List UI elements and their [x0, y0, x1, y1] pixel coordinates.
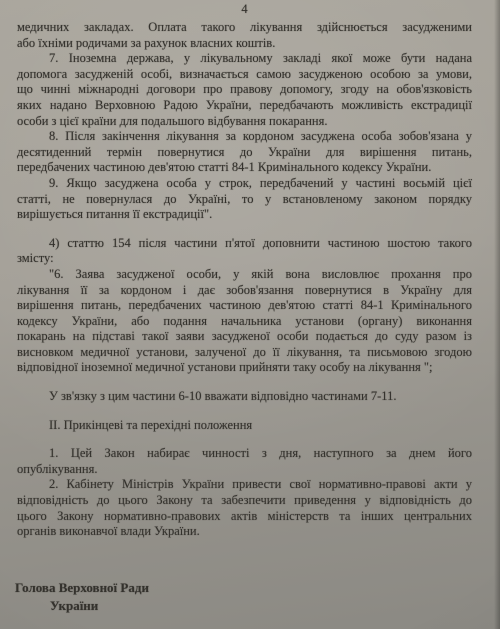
paragraph: медичних закладах. Оплата такого лікуван… [17, 20, 472, 51]
text-line: особи з цієї країни для подальшого відбу… [17, 114, 472, 130]
text-line: передбачених частиною дев'ятою статті 84… [17, 160, 472, 176]
paragraph: 2. Кабінету Міністрів України привести с… [17, 477, 472, 539]
text-line: 9. Якщо засуджена особа у строк, передба… [17, 176, 472, 192]
text-line: 1. Цей Закон набирає чинності з дня, нас… [17, 446, 472, 462]
text-line: цього Закону нормативно-правових актів м… [17, 509, 472, 525]
text-line: кодексу України, або подання начальника … [17, 314, 472, 330]
text-line: або їхніми родичами за рахунок власних к… [17, 36, 472, 52]
paragraph: "6. Заява засудженої особи, у якій вона … [17, 267, 472, 376]
text-line: 4) статтю 154 після частини п'ятої допов… [17, 236, 472, 252]
text-line: висновком медичної установи, залученої д… [17, 345, 472, 361]
text-line: десятиденний термін повернутися до Украї… [17, 145, 472, 161]
text-line: 2. Кабінету Міністрів України привести с… [17, 477, 472, 493]
text-line: У зв'язку з цим частини 6-10 вважати від… [17, 389, 472, 405]
text-line: медичних закладах. Оплата такого лікуван… [17, 20, 472, 36]
paragraph: 9. Якщо засуджена особа у строк, передба… [17, 176, 472, 223]
text-line: допомога засудженій особі, визначається … [17, 67, 472, 83]
page-number: 4 [17, 2, 472, 17]
document-body: медичних закладах. Оплата такого лікуван… [17, 20, 472, 540]
text-line: яких надано Верховною Радою України, пер… [17, 98, 472, 114]
text-line: "6. Заява засудженої особи, у якій вона … [17, 267, 472, 283]
paragraph: 4) статтю 154 після частини п'ятої допов… [17, 236, 472, 267]
paragraph: 7. Іноземна держава, у лікувальному закл… [17, 51, 472, 129]
signature-block: Голова Верховної Ради України [15, 579, 149, 614]
paragraph: II. Прикінцеві та перехідні положення [17, 418, 472, 434]
text-line: опублікування. [17, 462, 472, 478]
text-line: органів виконавчої влади України. [17, 524, 472, 540]
text-line: вирішення питань, передбачених частиною … [17, 298, 472, 314]
text-line: статті, не повернулася до Україні, то у … [17, 192, 472, 208]
signature-title-line-2: України [50, 597, 149, 615]
paragraph: У зв'язку з цим частини 6-10 вважати від… [17, 389, 472, 405]
text-line: вирішується питання її екстрадиції". [17, 207, 472, 223]
text-line: лікування її за кордоном і дає зобов'яза… [17, 283, 472, 299]
text-line: відповідної іноземної медичної установи … [17, 360, 472, 376]
text-line: II. Прикінцеві та перехідні положення [17, 418, 472, 434]
paragraph: 8. Після закінчення лікування за кордоно… [17, 129, 472, 176]
paragraph: 1. Цей Закон набирає чинності з дня, нас… [17, 446, 472, 477]
text-line: 7. Іноземна держава, у лікувальному закл… [17, 51, 472, 67]
document-page: 4 медичних закладах. Оплата такого лікув… [0, 0, 500, 629]
text-line: відповідність до цього Закону та забезпе… [17, 493, 472, 509]
text-line: покарань на підставі такої заяви засудже… [17, 329, 472, 345]
text-line: що чинні міжнародні договори про правову… [17, 82, 472, 98]
text-line: змісту: [17, 251, 472, 267]
text-line: 8. Після закінчення лікування за кордоно… [17, 129, 472, 145]
signature-title-line-1: Голова Верховної Ради [15, 579, 149, 597]
